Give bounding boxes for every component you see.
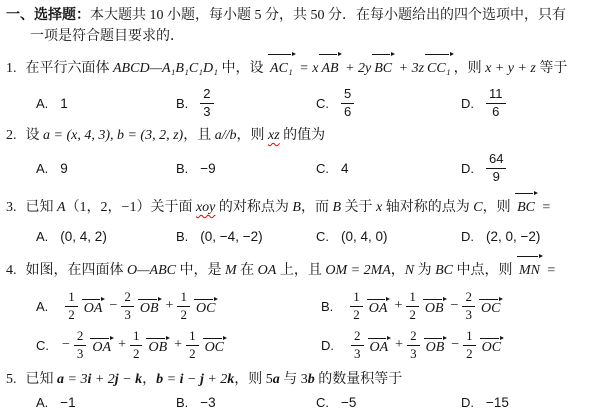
stem-text: 中点，则 xyxy=(453,263,516,278)
option-label: A. xyxy=(36,161,48,176)
option-value: 9 xyxy=(60,161,68,176)
vector-oc: OC xyxy=(479,301,502,317)
option-label: A. xyxy=(36,299,48,314)
vector-cc1: CC₁ xyxy=(425,56,453,82)
option-label: B. xyxy=(321,299,333,314)
fraction-denominator: 2 xyxy=(186,346,199,362)
fraction-denominator: 9 xyxy=(486,169,506,185)
option-value: −15 xyxy=(486,395,509,410)
fraction-numerator: 2 xyxy=(74,329,87,346)
math-bold-text: b xyxy=(308,372,315,387)
vector-oa: OA xyxy=(367,301,390,317)
vector-ac1: AC₁ xyxy=(268,56,295,82)
fraction-denominator: 3 xyxy=(200,104,213,120)
question-4-option-c: C.−23OA+12OB+12OC xyxy=(36,327,321,363)
option-label: B. xyxy=(176,96,188,111)
math-text: ABCD—A₁B₁C₁D₁ xyxy=(113,61,218,76)
fraction: 12 xyxy=(350,290,363,322)
fraction-denominator: 3 xyxy=(74,346,87,362)
option-label: D. xyxy=(461,229,474,244)
fraction-numerator: 11 xyxy=(486,87,506,104)
question-number: 2. xyxy=(6,125,17,147)
vector-expression: −23OA+12OB+12OC xyxy=(61,329,227,361)
section-title: 一、选择题： xyxy=(6,8,90,23)
math-parallel-text: a//b xyxy=(215,128,237,143)
fraction: 23 xyxy=(351,329,364,361)
math-text: = x xyxy=(296,61,319,76)
fraction-numerator: 2 xyxy=(121,290,134,307)
option-label: B. xyxy=(176,161,188,176)
fraction: 12 xyxy=(463,329,476,361)
fraction-numerator: 2 xyxy=(351,329,364,346)
vector-ob: OB xyxy=(138,301,161,317)
stem-text: ， xyxy=(391,263,405,278)
fraction-numerator: 2 xyxy=(200,87,213,104)
fraction-denominator: 2 xyxy=(65,307,78,323)
option-value: −1 xyxy=(60,395,75,410)
stem-text: 等于 xyxy=(536,61,568,76)
vector-expression: 12OA+12OB−23OC xyxy=(345,290,503,322)
operator: − xyxy=(108,298,118,314)
document-page: 一、选择题：本大题共 10 小题，每小题 5 分，共 50 分．在每小题给出的四… xyxy=(0,0,614,413)
stem-text: 已知 xyxy=(26,200,58,215)
fraction: 12 xyxy=(406,290,419,322)
stem-text: 为 xyxy=(414,263,435,278)
operator: − xyxy=(450,298,460,314)
fraction-denominator: 2 xyxy=(406,307,419,323)
math-text: O—ABC xyxy=(127,263,176,278)
option-value: −3 xyxy=(200,395,215,410)
question-1-stem: 1.在平行六面体 ABCD—A₁B₁C₁D₁ 中，设 AC₁ = xAB + 2… xyxy=(6,56,604,82)
fraction: 23 xyxy=(407,329,420,361)
option-label: D. xyxy=(461,96,474,111)
question-5-options: A.−1 B.−3 C.−5 D.−15 xyxy=(6,391,604,413)
vector-oc: OC xyxy=(194,301,217,317)
fraction: 12 xyxy=(130,329,143,361)
math-text: + 3z xyxy=(395,61,424,76)
math-text: = 3 xyxy=(64,372,87,387)
operator: + xyxy=(117,337,127,353)
stem-text: ，则 xyxy=(454,61,486,76)
math-text: A xyxy=(57,200,66,215)
fraction-numerator: 1 xyxy=(130,329,143,346)
option-label: B. xyxy=(176,395,188,410)
math-text: x + y + z xyxy=(485,61,536,76)
stem-text: ， xyxy=(142,372,156,387)
vector-bc: BC xyxy=(372,56,394,82)
question-3: 3.已知 A（1，2，−1）关于面 xoy 的对称点为 B，而 B 关于 x 轴… xyxy=(6,195,604,247)
fraction-denominator: 2 xyxy=(130,346,143,362)
fraction-numerator: 1 xyxy=(463,329,476,346)
math-text: + 2 xyxy=(91,372,114,387)
question-number: 1. xyxy=(6,56,17,82)
stem-text: 的对称点为 xyxy=(215,200,292,215)
question-1-option-a: A.1 xyxy=(36,92,176,114)
question-2-option-d: D.649 xyxy=(461,152,604,184)
stem-text: 在平行六面体 xyxy=(26,61,114,76)
operator: + xyxy=(165,298,175,314)
option-value: (0, 4, 0) xyxy=(341,229,388,244)
vector-oa: OA xyxy=(368,340,391,356)
fraction: 12 xyxy=(177,290,190,322)
vector-expression: 23OA+23OB−12OC xyxy=(346,329,504,361)
option-label: A. xyxy=(36,229,48,244)
option-value: (0, −4, −2) xyxy=(200,229,262,244)
math-text: N xyxy=(405,263,414,278)
fraction-numerator: 1 xyxy=(406,290,419,307)
vector-oc: OC xyxy=(203,340,226,356)
stem-text: 在 xyxy=(237,263,258,278)
vector-oa: OA xyxy=(82,301,105,317)
question-2-option-b: B.−9 xyxy=(176,157,316,179)
question-2-stem: 2.设 a = (x, 4, 3), b = (3, 2, z)，且 a//b，… xyxy=(6,125,604,147)
math-text: a = (x, 4, 3), b = (3, 2, z) xyxy=(43,128,183,143)
math-bold-text: a xyxy=(273,372,280,387)
option-label: D. xyxy=(461,161,474,176)
stem-text: 轴对称的点为 xyxy=(382,200,473,215)
option-label: C. xyxy=(316,161,329,176)
option-label: C. xyxy=(316,96,329,111)
math-text: BC xyxy=(435,263,453,278)
option-value: (0, 4, 2) xyxy=(60,229,107,244)
vector-oc: OC xyxy=(480,340,503,356)
vector-oa: OA xyxy=(90,340,113,356)
fraction-numerator: 1 xyxy=(65,290,78,307)
option-label: A. xyxy=(36,395,48,410)
option-label: A. xyxy=(36,96,48,111)
question-2-option-a: A.9 xyxy=(36,157,176,179)
question-4-option-b: B.12OA+12OB−23OC xyxy=(321,288,604,324)
option-label: C. xyxy=(36,338,49,353)
stem-text: 中，是 xyxy=(176,263,225,278)
fraction-denominator: 3 xyxy=(462,307,475,323)
stem-text: 关于 xyxy=(341,200,376,215)
math-text: OA xyxy=(258,263,277,278)
math-bold-text: a xyxy=(57,372,64,387)
math-text: = xyxy=(163,372,179,387)
question-3-option-d: D.(2, 0, −2) xyxy=(461,225,604,247)
question-1-options: A.1 B.23 C.56 D.116 xyxy=(6,85,604,121)
question-number: 3. xyxy=(6,195,17,221)
math-text: = xyxy=(543,263,556,278)
question-5: 5.已知 a = 3i + 2j − k，b = i − j + 2k，则 5a… xyxy=(6,369,604,413)
vector-ob: OB xyxy=(423,301,446,317)
fraction: 23 xyxy=(74,329,87,361)
question-1: 1.在平行六面体 ABCD—A₁B₁C₁D₁ 中，设 AC₁ = xAB + 2… xyxy=(6,56,604,121)
fraction-numerator: 1 xyxy=(177,290,190,307)
option-label: D. xyxy=(461,395,474,410)
fraction-denominator: 2 xyxy=(463,346,476,362)
math-text: − xyxy=(183,372,199,387)
fraction-numerator: 1 xyxy=(186,329,199,346)
option-label: D. xyxy=(321,338,334,353)
question-4-option-d: D.23OA+23OB−12OC xyxy=(321,327,604,363)
math-text: M xyxy=(225,263,237,278)
question-2-options: A.9 B.−9 C.4 D.649 xyxy=(6,150,604,186)
fraction: 23 xyxy=(200,87,213,119)
question-3-option-b: B.(0, −4, −2) xyxy=(176,225,316,247)
spellcheck-squiggle-text: xz xyxy=(268,128,280,143)
math-text: B xyxy=(332,200,341,215)
fraction-denominator: 3 xyxy=(351,346,364,362)
fraction: 23 xyxy=(462,290,475,322)
fraction-denominator: 3 xyxy=(407,346,420,362)
option-label: C. xyxy=(316,229,329,244)
question-4-stem: 4.如图，在四面体 O—ABC 中，是 M 在 OA 上，且 OM = 2MA，… xyxy=(6,258,604,284)
fraction-numerator: 2 xyxy=(462,290,475,307)
stem-text: 的值为 xyxy=(280,128,326,143)
question-number: 5. xyxy=(6,369,17,391)
option-label: B. xyxy=(176,229,188,244)
vector-mn: MN xyxy=(517,258,542,284)
question-3-options: A.(0, 4, 2) B.(0, −4, −2) C.(0, 4, 0) D.… xyxy=(6,225,604,247)
vector-ab: AB xyxy=(319,56,340,82)
section-header-line1: 一、选择题：本大题共 10 小题，每小题 5 分，共 50 分．在每小题给出的四… xyxy=(6,5,604,26)
question-2-option-c: C.4 xyxy=(316,157,461,179)
vector-ob: OB xyxy=(146,340,169,356)
fraction-denominator: 2 xyxy=(177,307,190,323)
vector-bc: BC xyxy=(515,195,537,221)
stem-text: 上，且 xyxy=(276,263,325,278)
math-text: − xyxy=(119,372,135,387)
operator: + xyxy=(173,337,183,353)
question-5-option-c: C.−5 xyxy=(316,391,461,413)
section-header-text: 本大题共 10 小题，每小题 5 分，共 50 分．在每小题给出的四个选项中，只… xyxy=(90,8,566,23)
fraction-numerator: 64 xyxy=(486,152,506,169)
option-value: −9 xyxy=(200,161,215,176)
option-value: −5 xyxy=(341,395,356,410)
question-2: 2.设 a = (x, 4, 3), b = (3, 2, z)，且 a//b，… xyxy=(6,125,604,186)
fraction-denominator: 6 xyxy=(486,104,506,120)
question-4-option-a: A.12OA−23OB+12OC xyxy=(36,288,321,324)
stem-text: ，则 xyxy=(483,200,515,215)
stem-text: 与 3 xyxy=(280,372,308,387)
question-1-option-c: C.56 xyxy=(316,87,461,119)
fraction-numerator: 2 xyxy=(407,329,420,346)
fraction: 12 xyxy=(65,290,78,322)
question-4: 4.如图，在四面体 O—ABC 中，是 M 在 OA 上，且 OM = 2MA，… xyxy=(6,258,604,363)
fraction-denominator: 6 xyxy=(341,104,354,120)
question-3-stem: 3.已知 A（1，2，−1）关于面 xoy 的对称点为 B，而 B 关于 x 轴… xyxy=(6,195,604,221)
fraction-denominator: 3 xyxy=(121,307,134,323)
math-text: OM = 2MA xyxy=(325,263,390,278)
vector-ob: OB xyxy=(424,340,447,356)
vector-expression: 12OA−23OB+12OC xyxy=(60,290,218,322)
stem-text: ，则 5 xyxy=(234,372,273,387)
math-text: B xyxy=(292,200,301,215)
sign: − xyxy=(61,337,71,353)
fraction-numerator: 5 xyxy=(341,87,354,104)
fraction-denominator: 2 xyxy=(350,307,363,323)
math-text: = xyxy=(538,200,551,215)
fraction: 116 xyxy=(486,87,506,119)
operator: − xyxy=(450,337,460,353)
question-number: 4. xyxy=(6,258,17,284)
stem-text: 的数量积等于 xyxy=(315,372,403,387)
stem-text: 如图，在四面体 xyxy=(26,263,128,278)
question-3-option-c: C.(0, 4, 0) xyxy=(316,225,461,247)
stem-text: ，则 xyxy=(237,128,269,143)
option-value: 4 xyxy=(341,161,349,176)
fraction: 56 xyxy=(341,87,354,119)
operator: + xyxy=(394,337,404,353)
stem-text: 设 xyxy=(26,128,44,143)
math-text: C xyxy=(473,200,482,215)
stem-text: ，且 xyxy=(183,128,215,143)
spellcheck-squiggle-text: xoy xyxy=(196,200,215,215)
question-5-option-a: A.−1 xyxy=(36,391,176,413)
operator: + xyxy=(393,298,403,314)
question-4-options: A.12OA−23OB+12OC B.12OA+12OB−23OC C.−23O… xyxy=(6,288,604,363)
math-text: + 2 xyxy=(204,372,227,387)
question-3-option-a: A.(0, 4, 2) xyxy=(36,225,176,247)
question-1-option-d: D.116 xyxy=(461,87,604,119)
question-5-stem: 5.已知 a = 3i + 2j − k，b = i − j + 2k，则 5a… xyxy=(6,369,604,391)
stem-text: （1，2，−1）关于面 xyxy=(66,200,196,215)
fraction: 23 xyxy=(121,290,134,322)
option-label: C. xyxy=(316,395,329,410)
math-text: + 2y xyxy=(342,61,372,76)
fraction: 649 xyxy=(486,152,506,184)
question-5-option-b: B.−3 xyxy=(176,391,316,413)
stem-text: 中，设 xyxy=(218,61,267,76)
stem-text: 已知 xyxy=(26,372,58,387)
option-value: (2, 0, −2) xyxy=(486,229,540,244)
stem-text: ，而 xyxy=(301,200,333,215)
fraction: 12 xyxy=(186,329,199,361)
fraction-numerator: 1 xyxy=(350,290,363,307)
option-value: 1 xyxy=(60,96,68,111)
question-1-option-b: B.23 xyxy=(176,87,316,119)
question-5-option-d: D.−15 xyxy=(461,391,604,413)
section-header-line2: 一项是符合题目要求的． xyxy=(6,26,604,47)
